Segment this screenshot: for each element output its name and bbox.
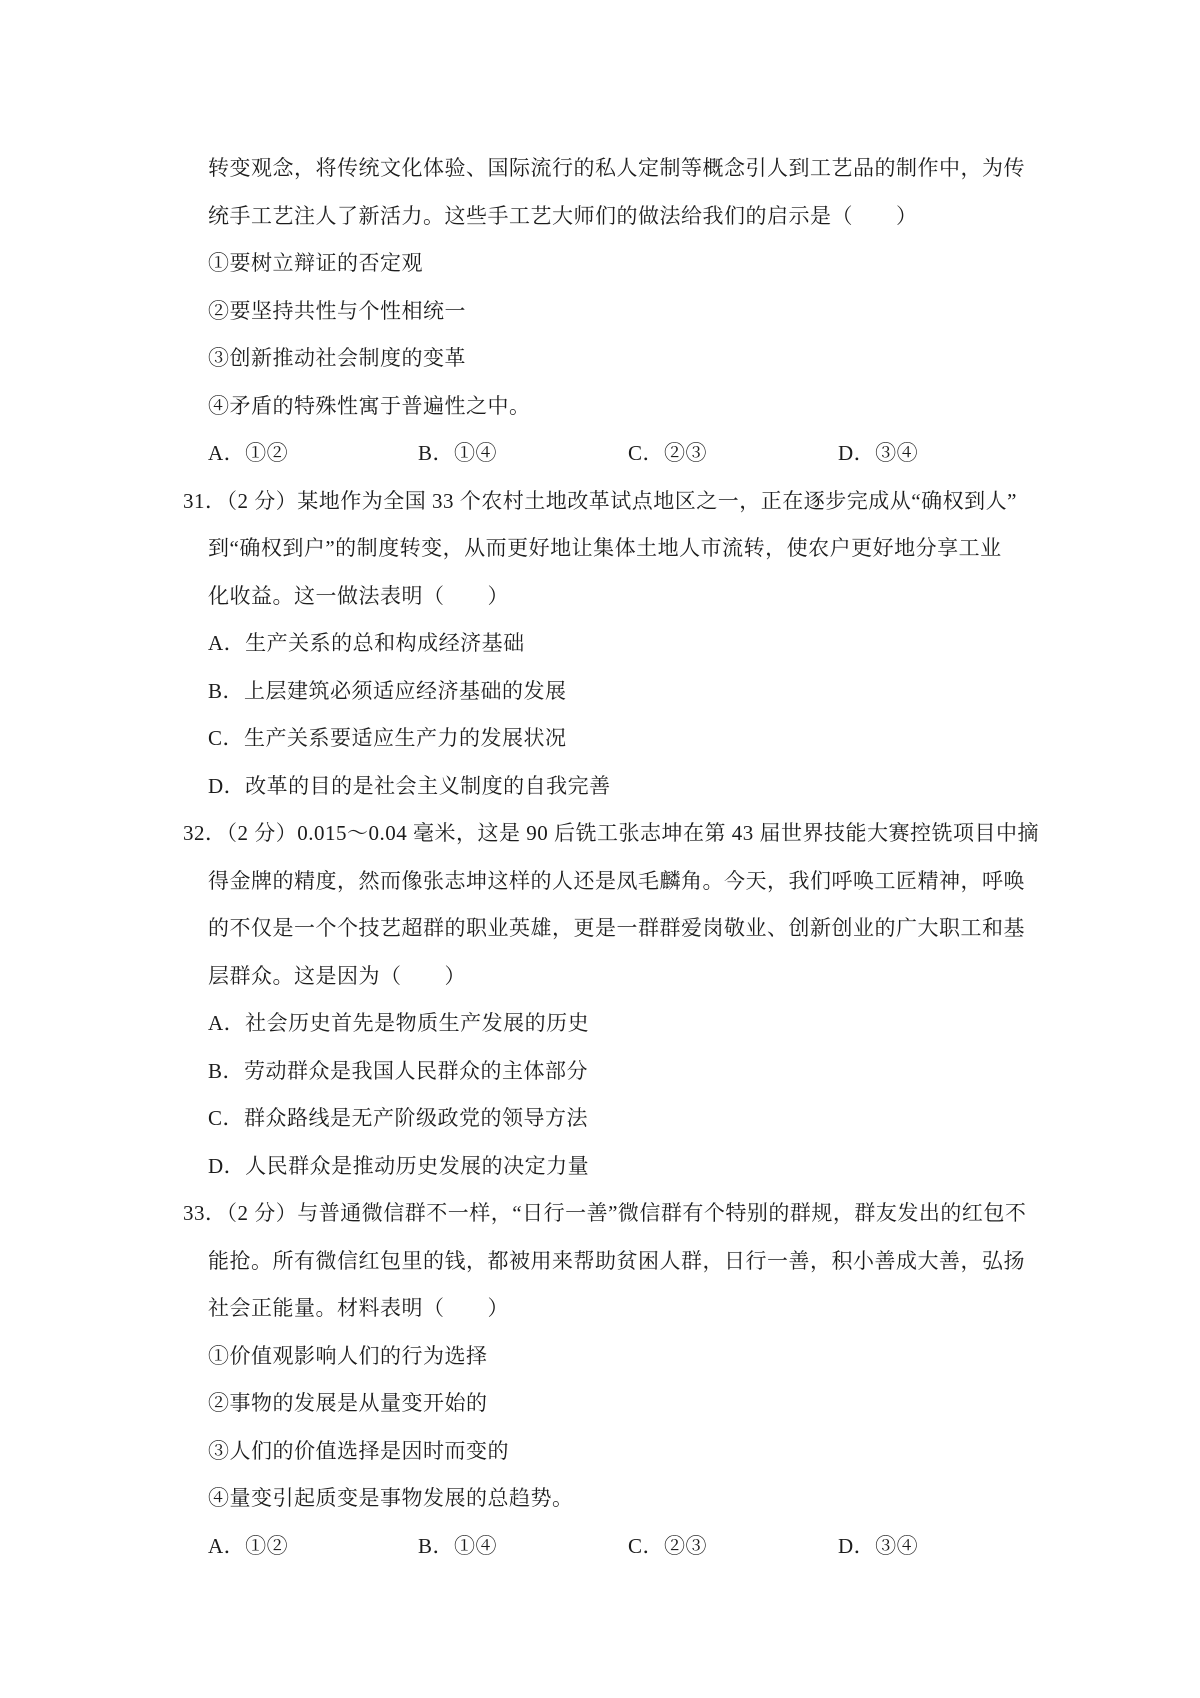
stem-line: 转变观念，将传统文化体验、国际流行的私人定制等概念引人到工艺品的制作中，为传 bbox=[183, 145, 1063, 193]
stem-text: （2 分）某地作为全国 33 个农村土地改革试点地区之一，正在逐步完成从“确权到… bbox=[227, 489, 1017, 513]
numbered-item: ③创新推动社会制度的变革 bbox=[183, 335, 1063, 383]
stem-line: 的不仅是一个个技艺超群的职业英雄，更是一群群爱岗敬业、创新创业的广大职工和基 bbox=[183, 905, 1063, 953]
choice-d: D．③④ bbox=[838, 430, 918, 478]
option-line-c: C．群众路线是无产阶级政党的领导方法 bbox=[183, 1095, 1063, 1143]
stem-line: 能抢。所有微信红包里的钱，都被用来帮助贫困人群，日行一善，积小善成大善，弘扬 bbox=[183, 1238, 1063, 1286]
stem-line: 化收益。这一做法表明（ ） bbox=[183, 573, 1063, 621]
option-line-d: D．人民群众是推动历史发展的决定力量 bbox=[183, 1143, 1063, 1191]
numbered-item: ④矛盾的特殊性寓于普遍性之中。 bbox=[183, 383, 1063, 431]
numbered-item: ④量变引起质变是事物发展的总趋势。 bbox=[183, 1475, 1063, 1523]
choice-row: A．①② B．①④ C．②③ D．③④ bbox=[183, 430, 1063, 478]
stem-line: 到“确权到户”的制度转变，从而更好地让集体土地人市流转，使农户更好地分享工业 bbox=[183, 525, 1063, 573]
choice-row: A．①② B．①④ C．②③ D．③④ bbox=[183, 1523, 1063, 1571]
option-line-b: B．上层建筑必须适应经济基础的发展 bbox=[183, 668, 1063, 716]
choice-c: C．②③ bbox=[628, 430, 838, 478]
exam-page: 转变观念，将传统文化体验、国际流行的私人定制等概念引人到工艺品的制作中，为传 统… bbox=[183, 145, 1063, 1570]
stem-line-first: 33．（2 分）与普通微信群不一样，“日行一善”微信群有个特别的群规，群友发出的… bbox=[183, 1190, 1063, 1238]
question-block: 31．（2 分）某地作为全国 33 个农村土地改革试点地区之一，正在逐步完成从“… bbox=[183, 478, 1063, 811]
stem-text: （2 分）0.015～0.04 毫米，这是 90 后铣工张志坤在第 43 届世界… bbox=[227, 821, 1040, 845]
question-block: 转变观念，将传统文化体验、国际流行的私人定制等概念引人到工艺品的制作中，为传 统… bbox=[183, 145, 1063, 478]
numbered-item: ③人们的价值选择是因时而变的 bbox=[183, 1428, 1063, 1476]
numbered-item: ①要树立辩证的否定观 bbox=[183, 240, 1063, 288]
numbered-item: ①价值观影响人们的行为选择 bbox=[183, 1333, 1063, 1381]
choice-b: B．①④ bbox=[418, 1523, 628, 1571]
numbered-item: ②事物的发展是从量变开始的 bbox=[183, 1380, 1063, 1428]
choice-d: D．③④ bbox=[838, 1523, 918, 1571]
question-number: 33． bbox=[183, 1201, 227, 1225]
stem-line-first: 32．（2 分）0.015～0.04 毫米，这是 90 后铣工张志坤在第 43 … bbox=[183, 810, 1063, 858]
stem-line: 社会正能量。材料表明（ ） bbox=[183, 1285, 1063, 1333]
option-line-d: D．改革的目的是社会主义制度的自我完善 bbox=[183, 763, 1063, 811]
stem-line-first: 31．（2 分）某地作为全国 33 个农村土地改革试点地区之一，正在逐步完成从“… bbox=[183, 478, 1063, 526]
numbered-item: ②要坚持共性与个性相统一 bbox=[183, 288, 1063, 336]
option-line-a: A．社会历史首先是物质生产发展的历史 bbox=[183, 1000, 1063, 1048]
question-block: 32．（2 分）0.015～0.04 毫米，这是 90 后铣工张志坤在第 43 … bbox=[183, 810, 1063, 1190]
question-block: 33．（2 分）与普通微信群不一样，“日行一善”微信群有个特别的群规，群友发出的… bbox=[183, 1190, 1063, 1570]
choice-b: B．①④ bbox=[418, 430, 628, 478]
question-number: 31． bbox=[183, 489, 227, 513]
choice-a: A．①② bbox=[208, 430, 418, 478]
stem-line: 统手工艺注人了新活力。这些手工艺大师们的做法给我们的启示是（ ） bbox=[183, 193, 1063, 241]
choice-a: A．①② bbox=[208, 1523, 418, 1571]
stem-text: （2 分）与普通微信群不一样，“日行一善”微信群有个特别的群规，群友发出的红包不 bbox=[227, 1201, 1027, 1225]
option-line-a: A．生产关系的总和构成经济基础 bbox=[183, 620, 1063, 668]
option-line-c: C．生产关系要适应生产力的发展状况 bbox=[183, 715, 1063, 763]
stem-line: 得金牌的精度，然而像张志坤这样的人还是凤毛麟角。今天，我们呼唤工匠精神，呼唤 bbox=[183, 858, 1063, 906]
choice-c: C．②③ bbox=[628, 1523, 838, 1571]
stem-line: 层群众。这是因为（ ） bbox=[183, 953, 1063, 1001]
option-line-b: B．劳动群众是我国人民群众的主体部分 bbox=[183, 1048, 1063, 1096]
question-number: 32． bbox=[183, 821, 227, 845]
